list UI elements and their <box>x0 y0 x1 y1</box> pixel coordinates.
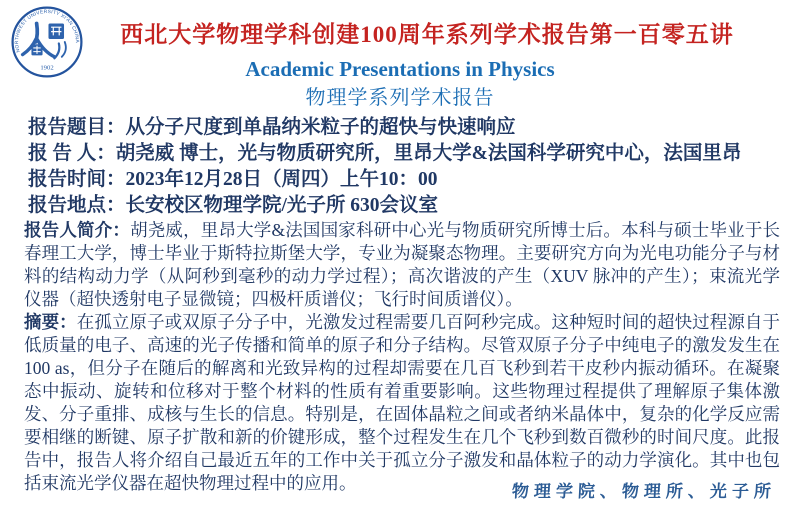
talk-title-row: 报告题目：从分子尺度到单晶纳米粒子的超快与快速响应 <box>28 115 780 141</box>
abstract-label: 摘要： <box>24 312 77 332</box>
organizers-signature: 物理学院、物理所、光子所 <box>511 477 776 502</box>
speaker-bio-label: 报告人简介： <box>24 220 130 240</box>
speaker-row: 报 告 人：胡尧威 博士，光与物质研究所，里昂大学&法国科学研究中心，法国里昂 <box>28 141 780 167</box>
talk-title-label: 报告题目： <box>28 117 126 138</box>
chinese-subtitle: 物理学系列学术报告 <box>0 81 800 110</box>
seal-square-top <box>48 24 64 40</box>
time-row: 报告时间：2023年12月28日（周四）上午10：00 <box>28 167 780 193</box>
speaker-value: 胡尧威 博士，光与物质研究所，里昂大学&法国科学研究中心，法国里昂 <box>116 143 742 164</box>
seal-square-bottom <box>31 44 42 55</box>
time-value: 2023年12月28日（周四）上午10：00 <box>126 169 438 190</box>
abstract-paragraph: 摘要：在孤立原子或双原子分子中，光激发过程需要几百阿秒完成。这种短时间的超快过程… <box>24 311 780 495</box>
seminar-poster: NORTHWEST UNIVERSITY XI'AN CHINA 1902 <box>0 0 800 514</box>
speaker-label: 报 告 人： <box>28 143 116 164</box>
talk-info-block: 报告题目：从分子尺度到单晶纳米粒子的超快与快速响应 报 告 人：胡尧威 博士，光… <box>28 115 780 219</box>
speaker-bio-paragraph: 报告人简介：胡尧威，里昂大学&法国国家科研中心光与物质研究所博士后。本科与硕士毕… <box>24 219 780 311</box>
talk-title-value: 从分子尺度到单晶纳米粒子的超快与快速响应 <box>126 117 516 138</box>
series-title: 西北大学物理学科创建100周年系列学术报告第一百零五讲 <box>84 16 770 49</box>
location-label: 报告地点： <box>28 195 126 216</box>
location-row: 报告地点：长安校区物理学院/光子所 630会议室 <box>28 193 780 219</box>
abstract-text: 在孤立原子或双原子分子中，光激发过程需要几百阿秒完成。这种短时间的超快过程源自于… <box>24 312 780 493</box>
speaker-bio-text: 胡尧威，里昂大学&法国国家科研中心光与物质研究所博士后。本科与硕士毕业于长春理工… <box>24 220 780 309</box>
location-value: 长安校区物理学院/光子所 630会议室 <box>126 195 439 216</box>
english-title: Academic Presentations in Physics <box>0 57 800 82</box>
time-label: 报告时间： <box>28 169 126 190</box>
